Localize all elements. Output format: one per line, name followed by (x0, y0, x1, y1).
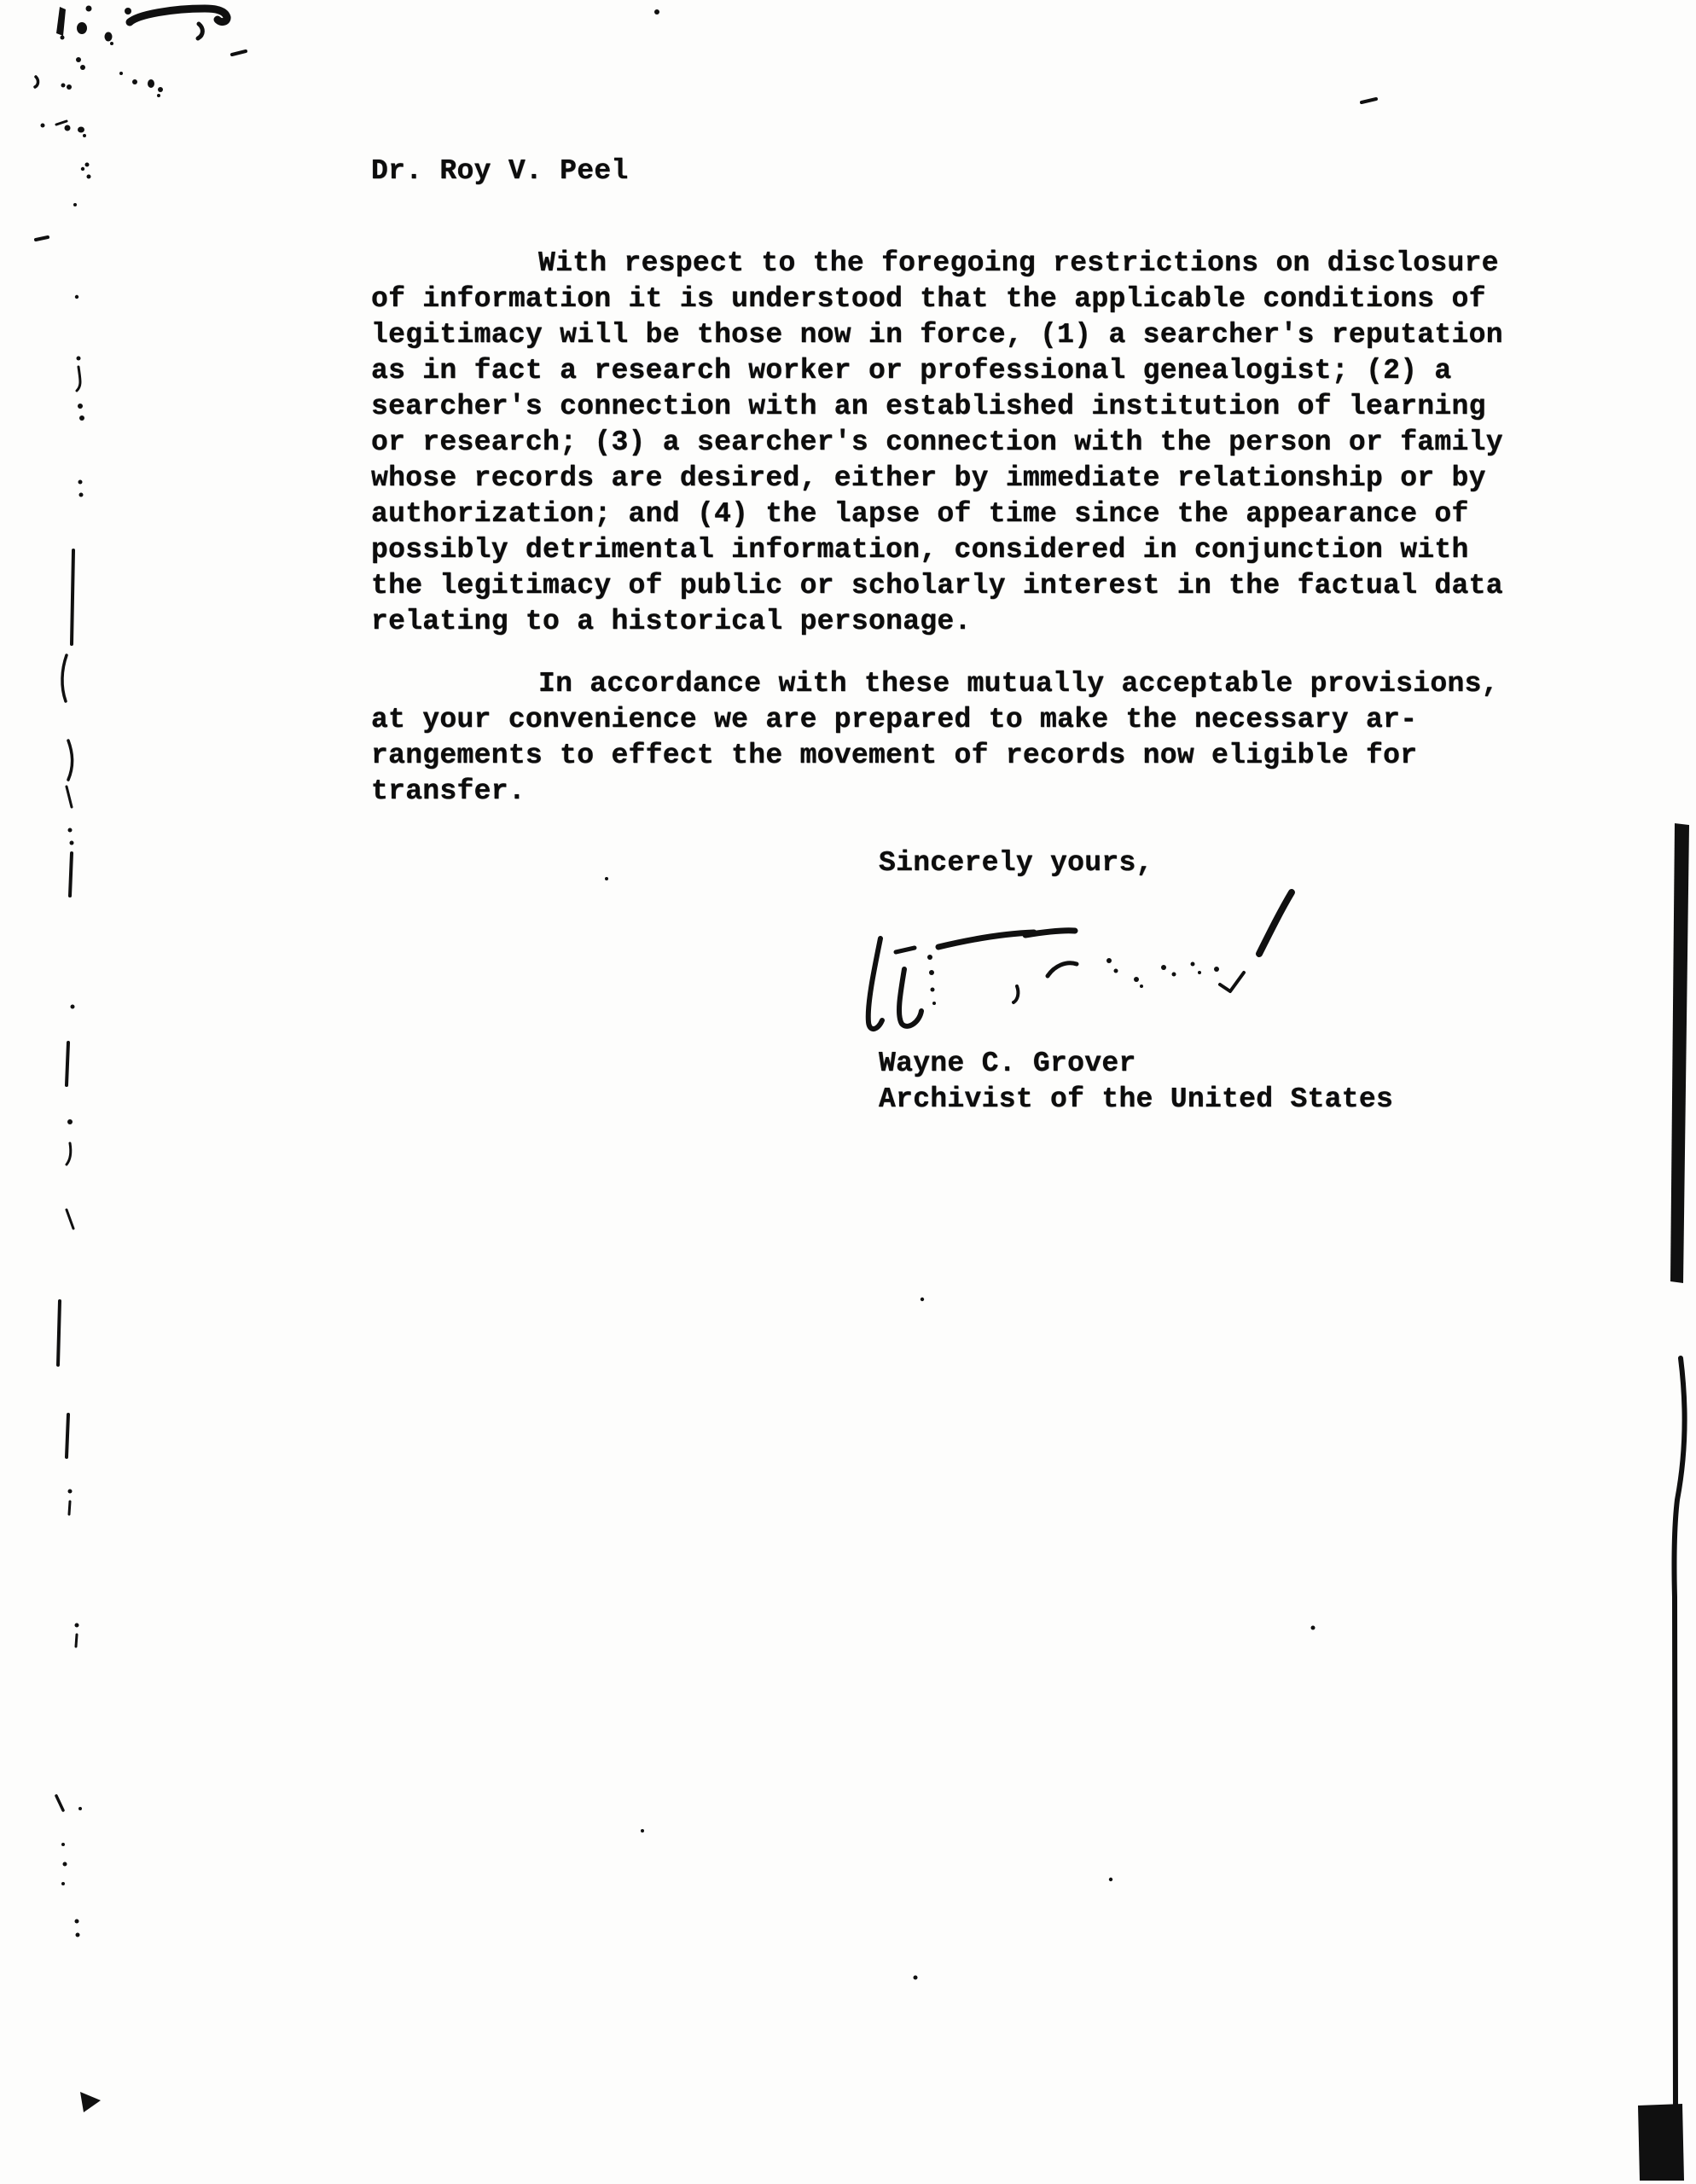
paragraph-line: whose records are desired, either by imm… (371, 461, 1503, 497)
recipient-name: Dr. Roy V. Peel (371, 155, 629, 187)
paragraph-line: as in fact a research worker or professi… (371, 353, 1503, 389)
closing-salutation: Sincerely yours, (879, 847, 1153, 879)
paragraph-line: rangements to effect the movement of rec… (371, 738, 1499, 774)
body-paragraph-1: With respect to the foregoing restrictio… (371, 246, 1503, 640)
scanned-letter-page: Dr. Roy V. Peel With respect to the fore… (0, 0, 1696, 2184)
paragraph-line: relating to a historical personage. (371, 604, 1503, 640)
sender-title: Archivist of the United States (879, 1083, 1393, 1115)
paragraph-line: or research; (3) a searcher's connection… (371, 425, 1503, 461)
paragraph-line: possibly detrimental information, consid… (371, 532, 1503, 568)
paragraph-line: at your convenience we are prepared to m… (371, 702, 1499, 738)
paragraph-line: transfer. (371, 774, 1499, 810)
handwritten-signature (855, 886, 1307, 1039)
paragraph-line: With respect to the foregoing restrictio… (371, 246, 1503, 282)
right-edge-scan-bar (1670, 823, 1689, 2107)
paragraph-line: the legitimacy of public or scholarly in… (371, 568, 1503, 604)
body-paragraph-2: In accordance with these mutually accept… (371, 666, 1499, 810)
paragraph-line: searcher's connection with an establishe… (371, 389, 1503, 425)
bottom-right-scan-block (1638, 2104, 1684, 2181)
top-left-pen-marks (35, 6, 246, 138)
sender-name: Wayne C. Grover (879, 1048, 1136, 1079)
paragraph-line: In accordance with these mutually accept… (371, 666, 1499, 702)
paragraph-line: legitimacy will be those now in force, (… (371, 317, 1503, 353)
left-margin-marks (36, 121, 101, 2112)
paragraph-line: authorization; and (4) the lapse of time… (371, 497, 1503, 532)
paragraph-line: of information it is understood that the… (371, 282, 1503, 317)
